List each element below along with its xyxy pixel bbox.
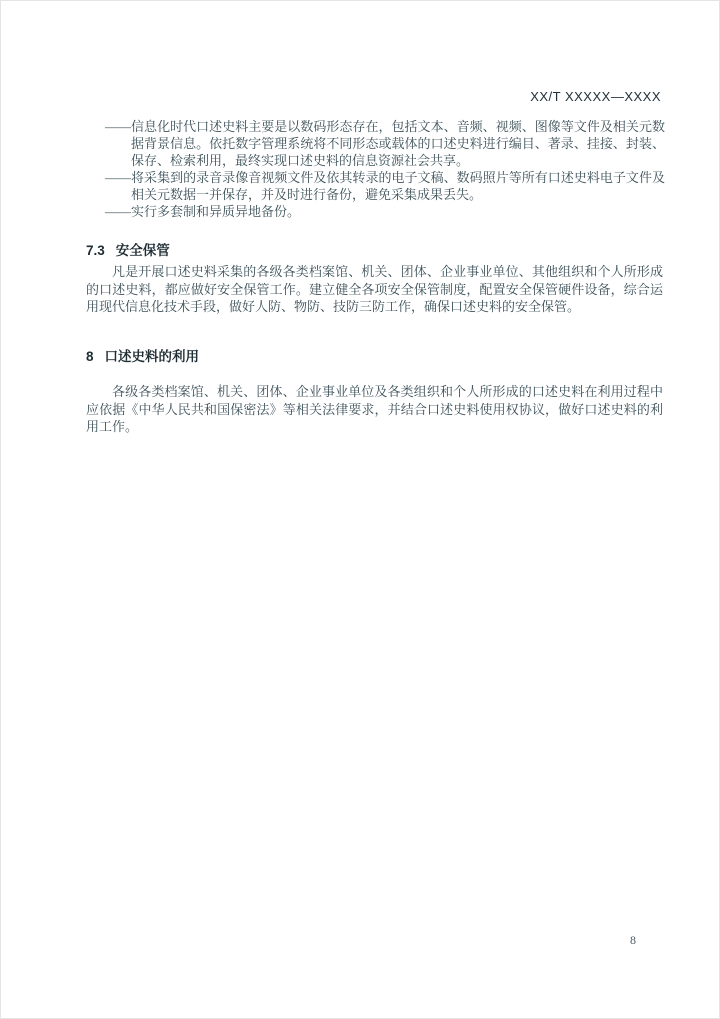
section-title: 安全保管 (116, 243, 170, 258)
standard-code-header: XX/T XXXXX—XXXX (530, 89, 661, 104)
paragraph: 凡是开展口述史料采集的各级各类档案馆、机关、团体、企业事业单位、其他组织和个人所… (86, 263, 663, 316)
document-page: XX/T XXXXX—XXXX ——信息化时代口述史料主要是以数码形态存在，包括… (0, 0, 720, 1019)
page-number: 8 (623, 933, 643, 948)
list-item: ——信息化时代口述史料主要是以数码形态存在，包括文本、音频、视频、图像等文件及相… (105, 118, 665, 169)
dash-list: ——信息化时代口述史料主要是以数码形态存在，包括文本、音频、视频、图像等文件及相… (105, 118, 665, 220)
section-heading-8: 8口述史料的利用 (86, 345, 199, 365)
section-title: 口述史料的利用 (105, 349, 200, 364)
list-item: ——将采集到的录音录像音视频文件及依其转录的电子文稿、数码照片等所有口述史料电子… (105, 169, 665, 203)
section-number: 7.3 (86, 243, 105, 258)
section-heading-7-3: 7.3安全保管 (86, 239, 170, 259)
paragraph: 各级各类档案馆、机关、团体、企业事业单位及各类组织和个人所形成的口述史料在利用过… (86, 383, 663, 436)
section-number: 8 (86, 349, 94, 364)
list-item: ——实行多套制和异质异地备份。 (105, 203, 665, 220)
